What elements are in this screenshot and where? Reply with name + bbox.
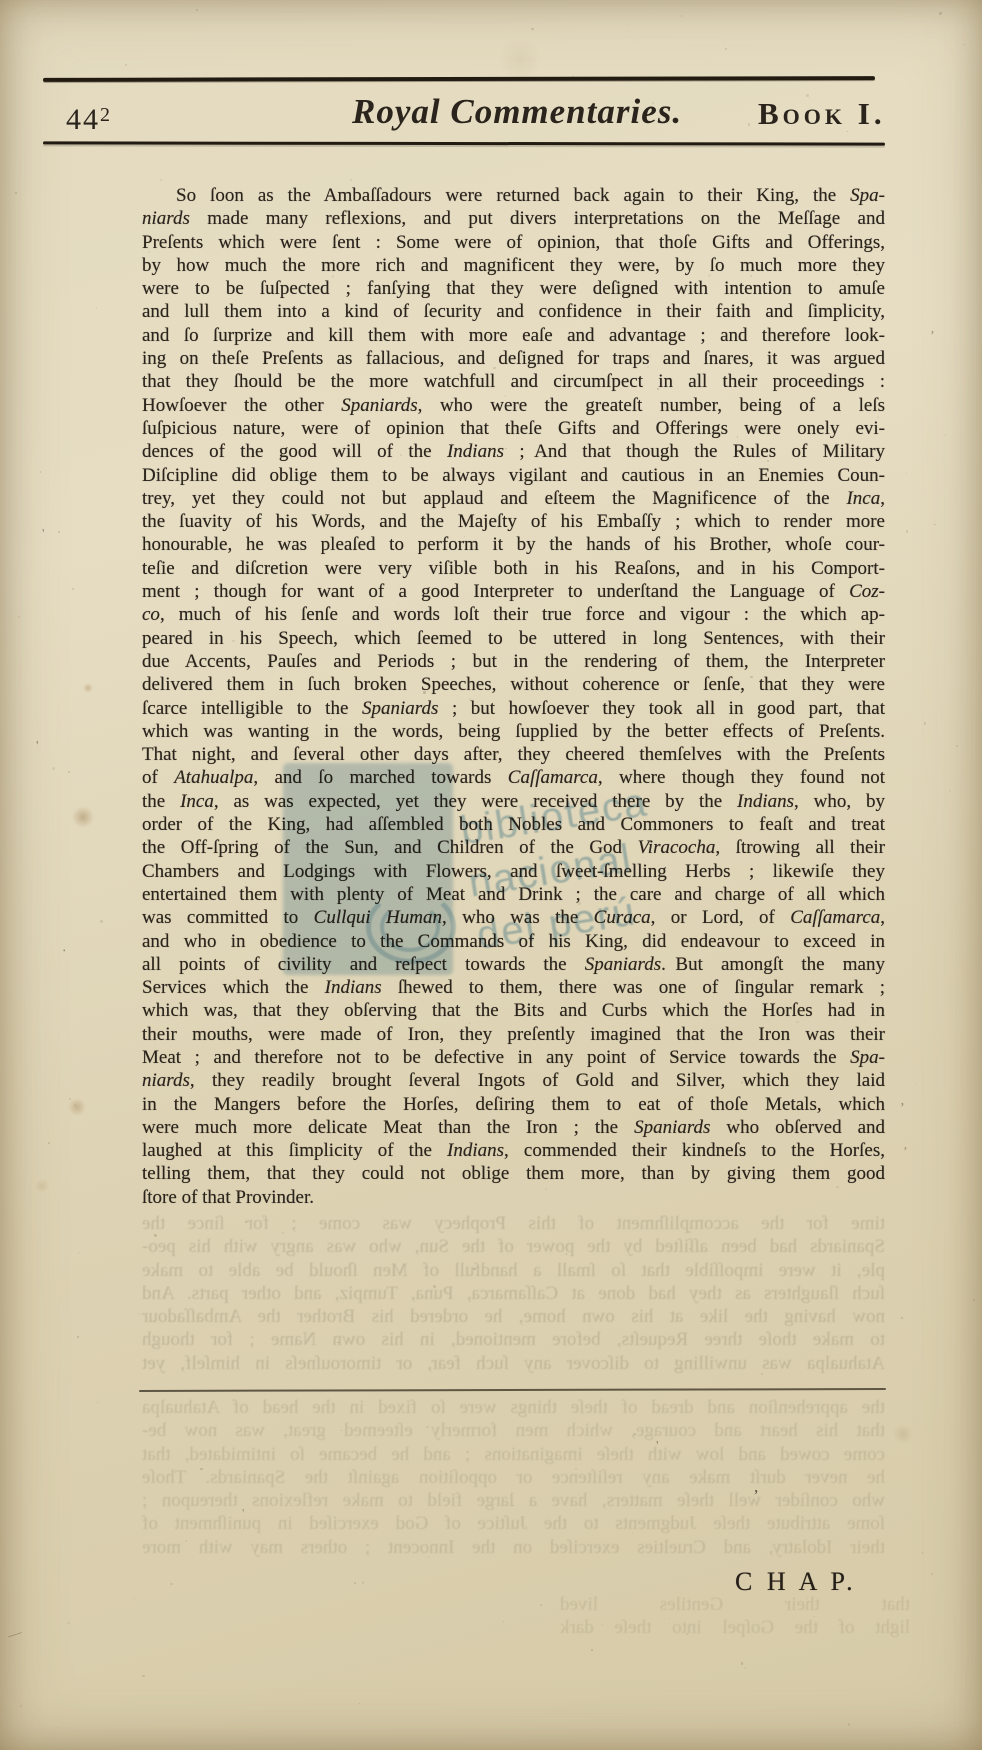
text-line: due Accents, Pauſes and Periods ; but in… (142, 650, 885, 673)
page-number: 442 (66, 103, 112, 137)
text-line: teſie and diſcretion were very viſible b… (142, 557, 885, 580)
paper-speck (7, 1029, 8, 1030)
paper-speck (578, 1495, 579, 1496)
text-line: co, much of his ſenſe and words loſt the… (142, 603, 885, 626)
paper-speck (142, 1675, 144, 1677)
paper-speck (160, 179, 162, 181)
paper-speck (916, 1083, 917, 1084)
text-line: ment ; though for want of a good Interpr… (142, 580, 885, 603)
text-line: Services which the Indians ſhewed to the… (142, 976, 885, 999)
paper-speck (723, 42, 724, 43)
ink-mark: ' (36, 740, 39, 754)
text-line: and lull them into a kind of ſecurity an… (142, 300, 885, 323)
ink-mark: ’ (930, 330, 935, 344)
text-line: Preſents which were ſent : Some were of … (142, 231, 885, 254)
paper-speck (473, 1268, 475, 1270)
paper-speck (575, 1468, 578, 1471)
paper-speck (74, 1104, 76, 1106)
paper-speck (78, 1252, 80, 1254)
catchword: C H A P. (735, 1567, 857, 1597)
paper-speck (688, 1231, 690, 1233)
paper-speck (40, 471, 41, 472)
paper-speck (359, 1703, 360, 1704)
ink-mark: ' (242, 1508, 245, 1522)
paper-speck (906, 530, 908, 532)
text-line: peared in his Speech, which ſeemed to be… (142, 627, 885, 650)
header-rule-bottom (43, 141, 885, 145)
bleedthrough-text: the apprehenſion and dread of theſe thin… (142, 1396, 885, 1559)
paper-speck (725, 48, 727, 50)
paper-speck (8, 1189, 9, 1190)
paper-speck (848, 1723, 851, 1726)
paper-speck (943, 1590, 944, 1591)
ink-mark: ' (42, 528, 45, 542)
paper-speck (362, 1581, 365, 1584)
text-line: ſcarce intelligible to the Spaniards ; b… (142, 697, 885, 720)
paper-speck (944, 434, 946, 436)
ink-mark: ’ (903, 1146, 908, 1160)
text-line: in the Mangers before the Horſes, deſiri… (142, 1093, 885, 1116)
paper-speck (67, 1622, 69, 1624)
text-line: were to be ſuſpected ; fanſying that the… (142, 277, 885, 300)
paper-speck (634, 1433, 636, 1435)
text-line: which was, that they obſerving that the … (142, 999, 885, 1022)
paper-speck (939, 12, 941, 14)
ink-mark: , (754, 1478, 758, 1495)
text-line: niards made many reflexions, and put div… (142, 207, 885, 230)
paper-speck (956, 745, 958, 747)
paper-speck (125, 64, 127, 66)
paper-speck (77, 1336, 78, 1337)
paper-speck (906, 1070, 907, 1071)
text-line: their mouths, were made of Iron, they pr… (142, 1023, 885, 1046)
paper-speck (97, 1402, 98, 1403)
paper-speck (689, 1248, 691, 1250)
paper-speck (427, 1556, 429, 1558)
library-stamp-logo-icon (366, 890, 454, 962)
paper-speck (964, 44, 965, 45)
paper-speck (924, 722, 927, 725)
paper-speck (354, 1582, 356, 1584)
book-label: Book I. (758, 96, 886, 132)
text-line: and ſo ſurprize and kill them with more … (142, 324, 885, 347)
paper-speck (531, 28, 534, 31)
paper-speck (973, 1299, 975, 1301)
paper-speck (901, 1317, 903, 1319)
paper-speck (154, 1234, 157, 1237)
paper-speck (503, 1621, 504, 1622)
header-rule-top (43, 76, 875, 82)
paper-speck (15, 192, 17, 194)
paper-speck (96, 308, 97, 309)
text-line: honourable, he was pleaſed to perform it… (142, 533, 885, 556)
paper-speck (18, 616, 20, 618)
paper-speck (48, 1142, 50, 1144)
running-title: Royal Commentaries. (352, 92, 682, 132)
paper-speck (68, 771, 70, 773)
text-line: that they ſhould be the more watchfull a… (142, 370, 885, 393)
bleedthrough-text: time for the accompliſhment of this Prop… (142, 1212, 885, 1375)
ink-mark: ' (656, 1440, 659, 1454)
paper-speck (602, 1624, 603, 1625)
text-line: ing on theſe Preſents as fallacious, and… (142, 347, 885, 370)
paper-speck (748, 123, 750, 125)
text-line: ſtore of that Provinder. (142, 1186, 885, 1209)
ink-mark: ’ (900, 1102, 905, 1116)
paper-speck (138, 1313, 140, 1315)
text-line: dences of the good will of the Indians ;… (142, 440, 885, 463)
bleedthrough-text: that their Gentiles livedlight of the Go… (560, 1593, 910, 1640)
paper-speck (741, 1662, 743, 1664)
paper-speck (433, 1285, 435, 1287)
paper-speck (69, 1098, 70, 1099)
text-line: So ſoon as the Ambaſſadours were returne… (142, 184, 885, 207)
text-line: Meat ; and therefore not to be defective… (142, 1046, 885, 1069)
paper-speck (20, 1705, 22, 1707)
text-line: niards, they readily brought ſeveral Ing… (142, 1069, 885, 1092)
paper-speck (906, 170, 908, 172)
paper-speck (906, 472, 907, 473)
text-line: laughed at this ſimplicity of the Indian… (142, 1139, 885, 1162)
paper-speck (934, 524, 935, 525)
text-line: Diſcipline did oblige them to be always … (142, 464, 885, 487)
paper-speck (922, 1552, 924, 1554)
paper-speck (58, 531, 60, 533)
paper-speck (628, 25, 629, 26)
paper-speck (512, 1505, 514, 1507)
section-rule (139, 1388, 886, 1392)
paper-speck (350, 179, 352, 181)
paper-speck (931, 1573, 933, 1575)
text-line: ſuſpicious nature, were of opinion that … (142, 417, 885, 440)
text-line: of Atahualpa, and ſo marched towards Caſ… (142, 766, 885, 789)
paper-speck (591, 1649, 593, 1651)
text-line: That night, and ſeveral other days after… (142, 743, 885, 766)
paper-speck (680, 15, 683, 18)
paper-speck (245, 1221, 247, 1223)
paper-speck (745, 1667, 746, 1668)
text-line: Howſoever the other Spaniards, who were … (142, 394, 885, 417)
ink-mark: — (6, 1626, 24, 1644)
text-line: by how much the more rich and magnificen… (142, 254, 885, 277)
paper-speck (170, 1583, 172, 1585)
paper-speck (540, 1604, 542, 1606)
page-number-superscript: 2 (100, 104, 112, 126)
paper-speck (949, 790, 951, 792)
paper-speck (100, 920, 103, 923)
library-stamp-text: biblioteca nacional del perú (457, 776, 669, 963)
paper-speck (686, 1633, 688, 1635)
book-page: 442 Royal Commentaries. Book I. So ſoon … (0, 0, 982, 1750)
text-line: were much more delicate Meat than the Ir… (142, 1116, 885, 1139)
text-line: which was wanting in the words, being ſu… (142, 720, 885, 743)
paper-speck (196, 9, 198, 11)
text-line: trey, yet they could not but applaud and… (142, 487, 885, 510)
body-text: So ſoon as the Ambaſſadours were returne… (142, 184, 885, 1209)
paper-speck (72, 588, 74, 590)
text-line: telling them, that they could not oblige… (142, 1162, 885, 1185)
paper-speck (52, 767, 54, 769)
text-line: the ſuavity of his Words, and the Majeſt… (142, 510, 885, 533)
ink-mark: • (63, 948, 65, 955)
text-line: delivered them in ſuch broken Speeches, … (142, 673, 885, 696)
paper-speck (134, 1597, 135, 1598)
